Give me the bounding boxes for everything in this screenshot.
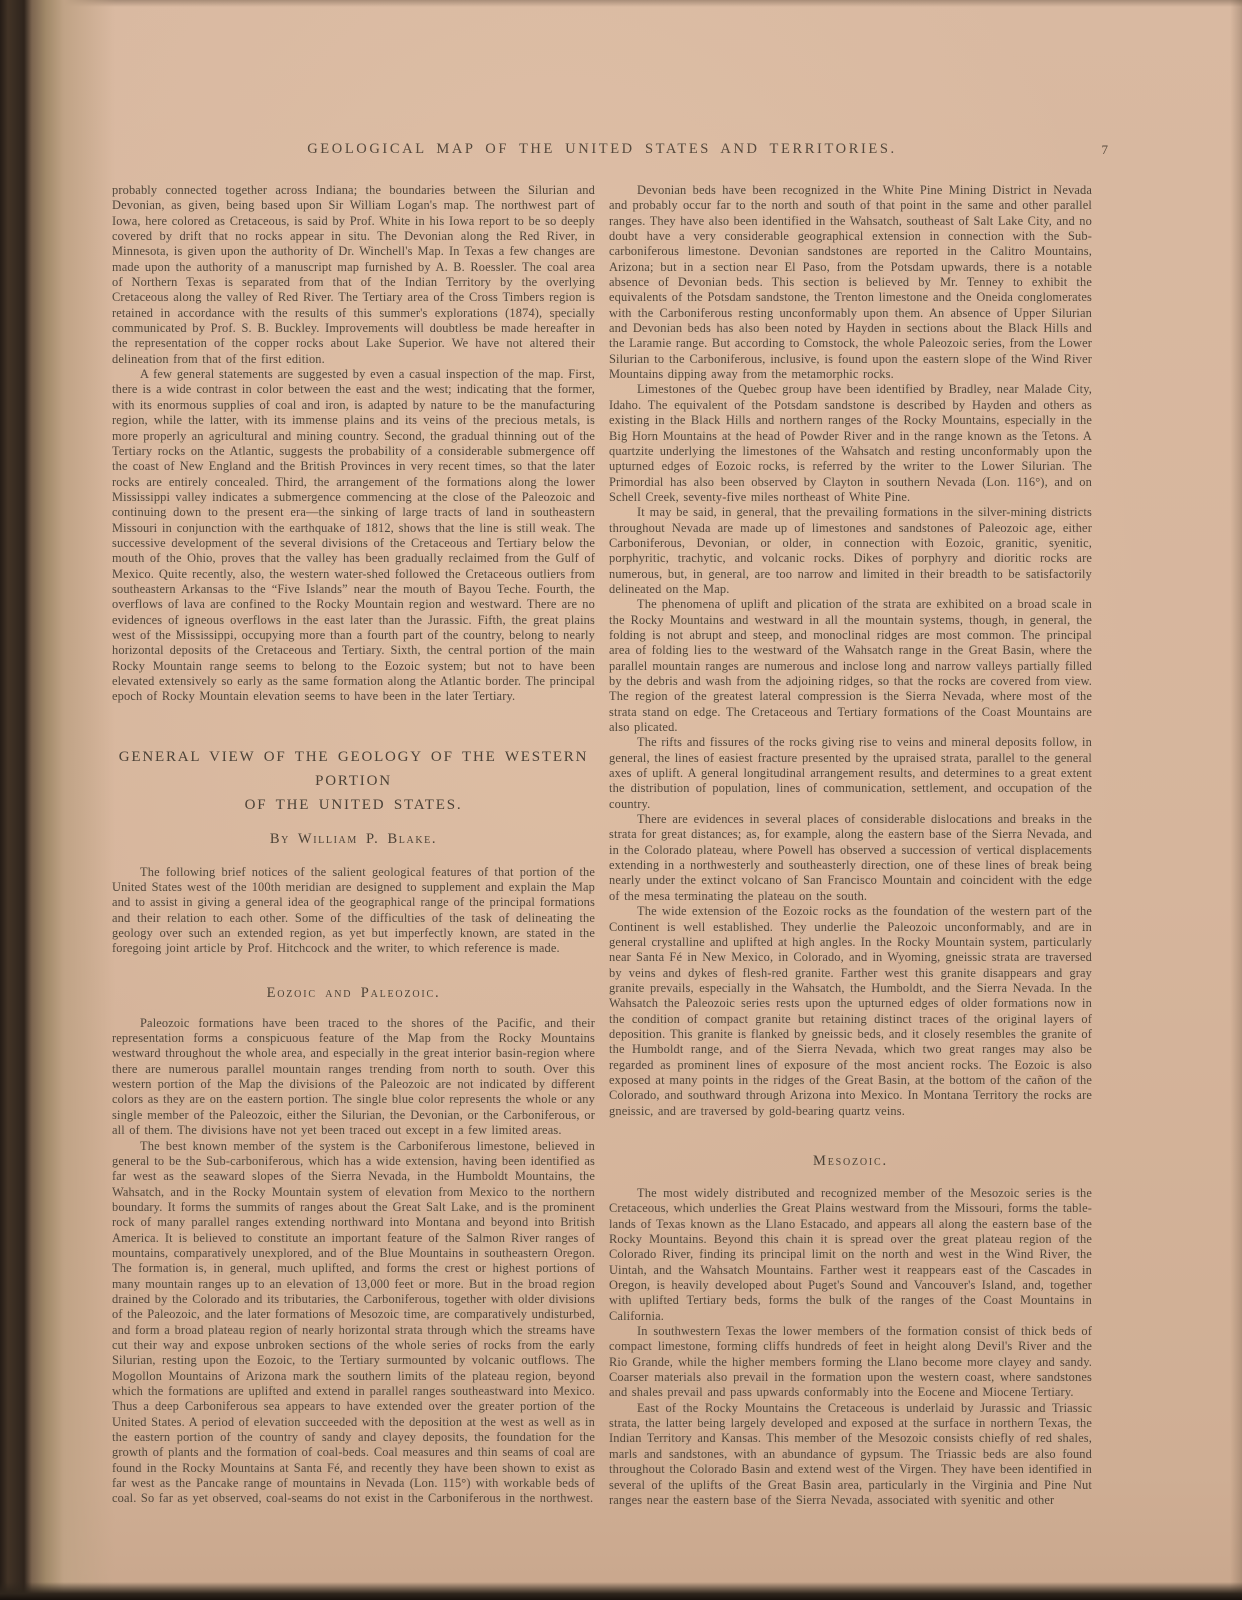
paragraph: Devonian beds have been recognized in th… bbox=[609, 183, 1092, 382]
paragraph: East of the Rocky Mountains the Cretaceo… bbox=[609, 1401, 1092, 1508]
page-content: GEOLOGICAL MAP OF THE UNITED STATES AND … bbox=[112, 140, 1092, 1508]
paragraph: The most widely distributed and recogniz… bbox=[609, 1186, 1092, 1324]
byline: By William P. Blake. bbox=[112, 831, 595, 848]
book-binding-gutter bbox=[0, 0, 120, 1600]
paragraph: It may be said, in general, that the pre… bbox=[609, 505, 1092, 597]
paragraph: A few general statements are suggested b… bbox=[112, 367, 595, 705]
subsection-mesozoic: Mesozoic. The most widely distributed an… bbox=[609, 1153, 1092, 1508]
page-right-edge-shadow bbox=[1230, 0, 1242, 1600]
two-column-layout: probably connected together across India… bbox=[112, 183, 1092, 1508]
paragraph: Limestones of the Quebec group have been… bbox=[609, 382, 1092, 505]
paragraph: There are evidences in several places of… bbox=[609, 812, 1092, 904]
section-title-line1: GENERAL VIEW OF THE GEOLOGY OF THE WESTE… bbox=[112, 745, 595, 793]
paragraph: The best known member of the system is t… bbox=[112, 1139, 595, 1507]
page-bottom-edge-shadow bbox=[0, 1582, 1242, 1600]
paragraph: The phenomena of uplift and plication of… bbox=[609, 597, 1092, 735]
page-title: GEOLOGICAL MAP OF THE UNITED STATES AND … bbox=[307, 141, 897, 157]
paragraph: Paleozoic formations have been traced to… bbox=[112, 1016, 595, 1139]
page-top-edge-shadow bbox=[0, 0, 1242, 7]
subsection-eozoic-paleozoic: Eozoic and Paleozoic. Paleozoic formatio… bbox=[112, 985, 595, 1507]
right-column: Devonian beds have been recognized in th… bbox=[609, 183, 1092, 1508]
paragraph: probably connected together across India… bbox=[112, 183, 595, 367]
section-title-line2: OF THE UNITED STATES. bbox=[112, 793, 595, 817]
subsection-heading: Eozoic and Paleozoic. bbox=[112, 985, 595, 1002]
left-column: probably connected together across India… bbox=[112, 183, 595, 1508]
page-number: 7 bbox=[1102, 142, 1109, 158]
paragraph: The wide extension of the Eozoic rocks a… bbox=[609, 904, 1092, 1119]
scanned-book-page: GEOLOGICAL MAP OF THE UNITED STATES AND … bbox=[0, 0, 1242, 1600]
section-general-view: GENERAL VIEW OF THE GEOLOGY OF THE WESTE… bbox=[112, 745, 595, 957]
paragraph: The following brief notices of the salie… bbox=[112, 865, 595, 957]
running-header: GEOLOGICAL MAP OF THE UNITED STATES AND … bbox=[112, 140, 1092, 162]
paragraph: In southwestern Texas the lower members … bbox=[609, 1324, 1092, 1401]
paragraph: The rifts and fissures of the rocks givi… bbox=[609, 735, 1092, 812]
subsection-heading: Mesozoic. bbox=[609, 1153, 1092, 1170]
